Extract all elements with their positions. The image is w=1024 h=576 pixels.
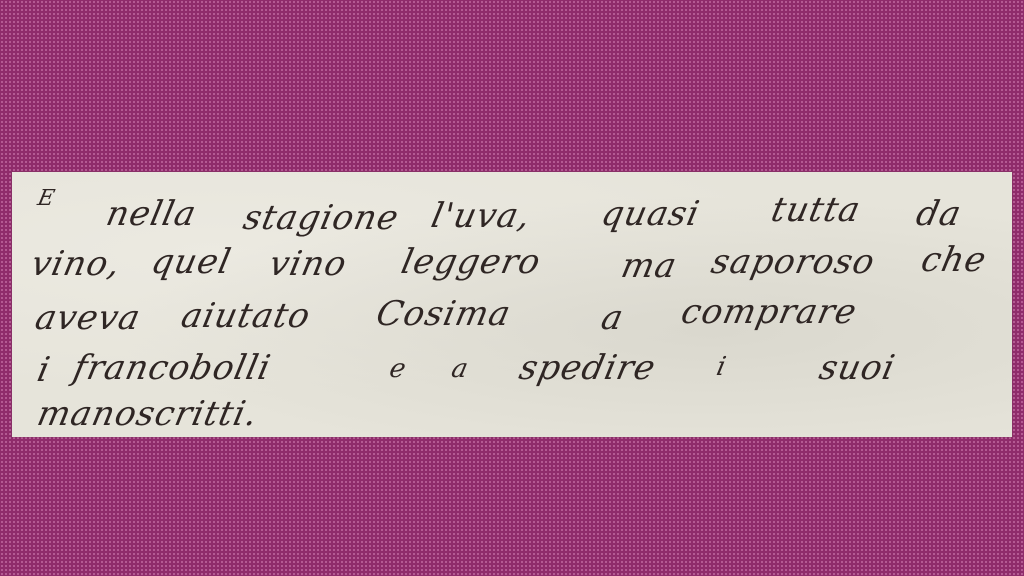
word: i bbox=[34, 350, 54, 390]
word: suoi bbox=[816, 348, 899, 388]
word: quasi bbox=[598, 194, 704, 234]
word: stagione bbox=[240, 198, 403, 238]
word: leggero bbox=[398, 242, 545, 282]
word: francobolli bbox=[70, 348, 275, 388]
word: E bbox=[35, 186, 57, 211]
word: spedire bbox=[516, 348, 660, 388]
word: ma bbox=[618, 246, 681, 286]
word: che bbox=[918, 240, 991, 280]
word: manoscritti. bbox=[34, 394, 262, 434]
word: nella bbox=[103, 194, 201, 234]
word: a bbox=[598, 298, 628, 338]
word: a bbox=[449, 354, 472, 384]
manuscript-page: E nella stagione l'uva, quasi tutta da v… bbox=[12, 172, 1012, 437]
word: vino, bbox=[28, 244, 125, 284]
word: comprare bbox=[678, 292, 861, 332]
word: da bbox=[913, 194, 966, 234]
word: aiutato bbox=[178, 296, 315, 336]
word: saporoso bbox=[708, 242, 879, 282]
word: aveva bbox=[32, 298, 145, 338]
word: Cosima bbox=[373, 294, 515, 334]
word: e bbox=[387, 354, 410, 384]
word: vino bbox=[266, 244, 351, 284]
word: tutta bbox=[768, 190, 865, 230]
word: l'uva, bbox=[428, 196, 535, 236]
word: i bbox=[714, 352, 730, 382]
word: quel bbox=[148, 242, 235, 282]
